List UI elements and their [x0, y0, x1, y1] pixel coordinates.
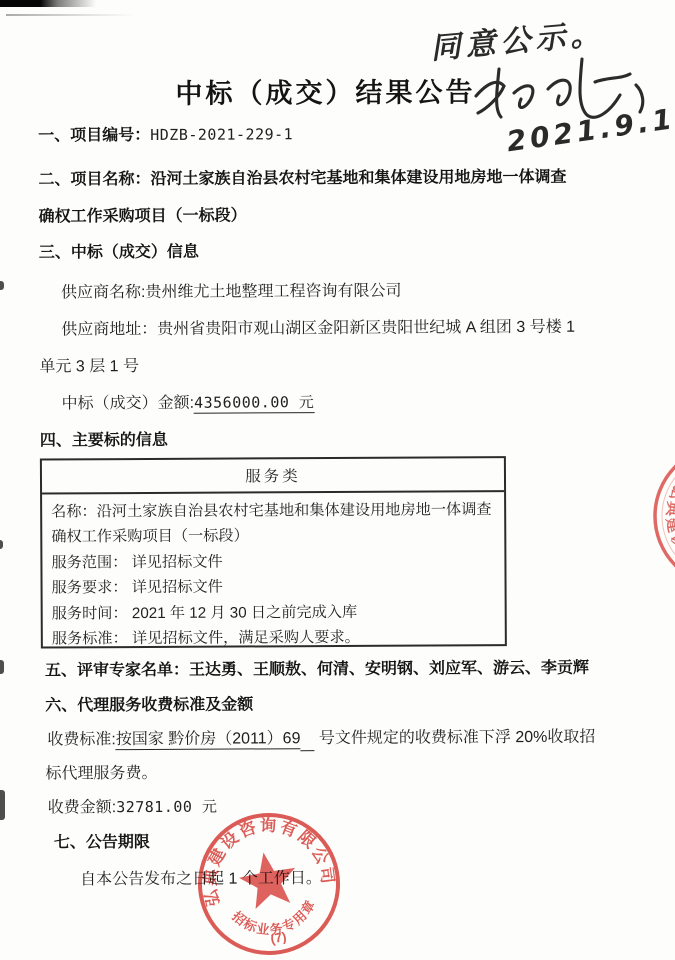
fee-standard-rest2: 标代理服务费。 — [45, 765, 157, 783]
supplier-address-line2: 单元 3 层 1 号 — [39, 356, 139, 378]
table-row: 名称：沿河土家族自治县农村宅基地和集体建设用地房地一体调查 — [51, 497, 496, 525]
company-seal-stamp: 弘典建设咨询有限公司 招标业务专用章 (7) — [194, 810, 344, 960]
project-number-value: HDZB-2021-229-1 — [150, 125, 293, 144]
supplier-address-label: 供应商地址： — [61, 321, 157, 339]
handwritten-signature-scribble — [468, 52, 658, 130]
partial-side-stamp: 弘典建设咨询有限公司 — [630, 438, 675, 598]
supplier-address-value1: 贵州省贵阳市观山湖区金阳新区贵阳世纪城 A 组团 3 号楼 1 — [157, 319, 575, 338]
experts-line: 五、评审专家名单：王达勇、王顺敖、何清、安明钢、刘应军、游云、李贡辉 — [45, 658, 589, 682]
fee-standard-underlined: 按国家 黔价房（2011）69 — [116, 730, 301, 750]
subject-info-heading: 四、主要标的信息 — [40, 430, 168, 452]
supplier-name-value: 贵州维尤土地整理工程咨询有限公司 — [145, 283, 401, 301]
fee-standard-rest1: 号文件规定的收费标准下浮 20%收取招 — [314, 729, 595, 747]
experts-label: 五、评审专家名单： — [45, 662, 189, 680]
fee-standard-line1: 收费标准:按国家 黔价房（2011）69 号文件规定的收费标准下浮 20%收取招 — [47, 727, 595, 753]
table-header-service-class: 服务类 — [42, 458, 504, 494]
scanned-document-page: 中标（成交）结果公告 一、项目编号：HDZB-2021-229-1 二、项目名称… — [0, 0, 675, 960]
award-amount-line: 中标（成交）金额:4356000.00 元 — [62, 392, 315, 414]
table-row: 服务时间： 2021 年 12 月 30 日之前完成入库 — [52, 599, 497, 627]
project-number-label: 一、项目编号： — [38, 127, 150, 145]
subject-info-table: 服务类 名称：沿河土家族自治县农村宅基地和集体建设用地房地一体调查 确权工作采购… — [40, 456, 507, 648]
table-row: 服务范围： 详见招标文件 — [51, 548, 496, 576]
award-amount-label: 中标（成交）金额: — [62, 395, 195, 413]
table-row: 确权工作采购项目（一标段） — [51, 523, 496, 551]
table-row: 服务要求： 详见招标文件 — [51, 573, 496, 601]
fee-amount-line: 收费金额:32781.00 元 — [48, 797, 218, 819]
project-name-line1: 二、项目名称：沿河土家族自治县农村宅基地和集体建设用地房地一体调查 — [38, 167, 566, 191]
notice-period-heading: 七、公告期限 — [54, 832, 150, 854]
agency-fee-heading: 六、代理服务收费标准及金额 — [45, 694, 253, 716]
supplier-name-label: 供应商名称: — [61, 284, 146, 301]
table-row: 服务标准： 详见招标文件，满足采购人要求。 — [52, 624, 497, 652]
supplier-name-line: 供应商名称:贵州维尤土地整理工程咨询有限公司 — [61, 281, 402, 304]
fee-standard-line2: 标代理服务费。 — [45, 763, 157, 785]
project-name-line2: 确权工作采购项目（一标段） — [39, 205, 247, 227]
project-name-label: 二、项目名称： — [38, 171, 150, 189]
project-name-value2: 确权工作采购项目（一标段） — [39, 207, 247, 225]
fee-amount-label: 收费金额: — [48, 799, 117, 816]
table-body-cell: 名称：沿河土家族自治县农村宅基地和集体建设用地房地一体调查 确权工作采购项目（一… — [42, 492, 505, 652]
stamp-star-icon — [235, 848, 301, 911]
project-name-value1: 沿河土家族自治县农村宅基地和集体建设用地房地一体调查 — [150, 169, 566, 188]
side-stamp-text: 弘典建设咨询有限公司 — [630, 438, 675, 554]
supplier-address-line1: 供应商地址：贵州省贵阳市观山湖区金阳新区贵阳世纪城 A 组团 3 号楼 1 — [61, 317, 575, 341]
award-info-heading: 三、中标（成交）信息 — [39, 242, 199, 264]
project-number-line: 一、项目编号：HDZB-2021-229-1 — [38, 124, 293, 146]
award-amount-value: 4356000.00 元 — [194, 393, 314, 414]
svg-text:弘典建设咨询有限公司: 弘典建设咨询有限公司 — [630, 438, 675, 554]
stamp-number: (7) — [269, 929, 287, 947]
supplier-address-value2: 单元 3 层 1 号 — [39, 358, 139, 376]
fee-standard-label: 收费标准: — [47, 731, 116, 748]
experts-names: 王达勇、王顺敖、何清、安明钢、刘应军、游云、李贡辉 — [189, 660, 589, 679]
